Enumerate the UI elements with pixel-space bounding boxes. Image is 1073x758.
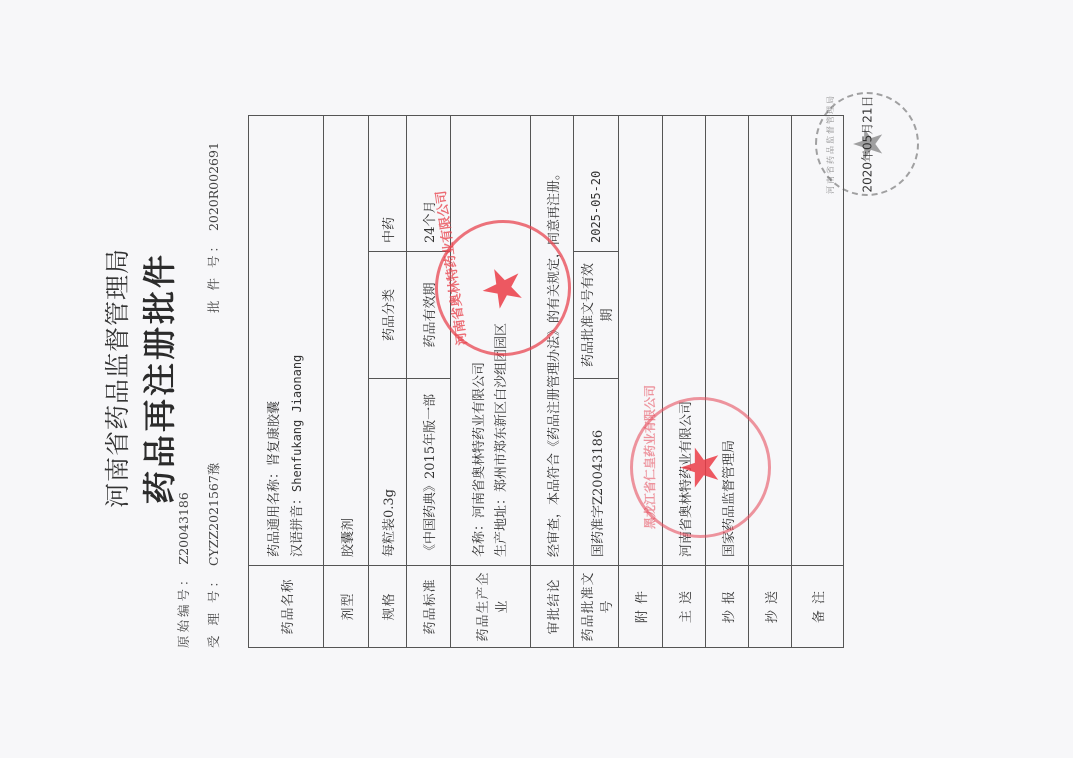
row-cc: 抄 送: [749, 116, 792, 648]
original-number: 原始编号：Z20043186: [174, 492, 192, 648]
approval-expiry-label: 药品批准文号有效期: [574, 252, 619, 379]
spec-label: 规格: [369, 566, 407, 648]
manufacturer-label: 药品生产企业: [451, 566, 531, 648]
row-attachment: 附 件: [619, 116, 663, 648]
remarks-label: 备 注: [792, 566, 844, 648]
dosage-form-label: 剂型: [324, 566, 369, 648]
spec-value: 每粒装0.3g: [369, 379, 407, 566]
category-label: 药品分类: [369, 252, 407, 379]
row-approval-doc: 药品批准文号 国药准字Z20043186 药品批准文号有效期 2025-05-2…: [574, 116, 619, 648]
gov-seal-text: 河南省药品监督管理局: [825, 94, 836, 194]
approval-expiry-value: 2025-05-20: [574, 116, 619, 252]
drug-name-cell: 药品通用名称：肾复康胶囊 汉语拼音：Shenfukang Jiaonang: [249, 116, 324, 566]
standard-label: 药品标准: [407, 566, 451, 648]
approval-number: 批 件 号：2020R002691: [204, 142, 222, 313]
cc-label: 抄 送: [749, 566, 792, 648]
generic-name-value: 肾复康胶囊: [267, 401, 282, 466]
second-seal-text: 黑龙江省仁皇药业有限公司: [641, 385, 658, 529]
original-number-value: Z20043186: [176, 492, 191, 564]
manufacturer-name-label: 名称：: [472, 518, 487, 557]
government-seal: ★ 河南省药品监督管理局 2020年05月21日: [815, 92, 919, 196]
acceptance-number-value: CYZZ2021567豫: [206, 463, 221, 566]
row-conclusion: 审批结论 经审查，本品符合《药品注册管理办法》的有关规定，同意再注册。: [531, 116, 574, 648]
seal-star-icon: ★: [474, 261, 532, 314]
row-manufacturer: 药品生产企业 名称：河南省奥林特药业有限公司 生产地址：郑州市郑东新区白沙组团园…: [451, 116, 531, 648]
second-company-seal: ★ 黑龙江省仁皇药业有限公司: [630, 397, 771, 538]
rotated-document-page: 河南省药品监督管理局 药品再注册批件 原始编号：Z20043186 受 理 号：…: [90, 108, 850, 648]
issuing-agency: 河南省药品监督管理局: [98, 108, 134, 648]
approval-number-value: 2020R002691: [206, 142, 221, 231]
row-dosage-form: 剂型 胶囊剂: [324, 116, 369, 648]
row-drug-name: 药品名称 药品通用名称：肾复康胶囊 汉语拼音：Shenfukang Jiaona…: [249, 116, 324, 648]
dosage-form-value: 胶囊剂: [324, 116, 369, 566]
registration-form-table: 药品名称 药品通用名称：肾复康胶囊 汉语拼音：Shenfukang Jiaona…: [248, 115, 844, 648]
approval-doc-value: 国药准字Z20043186: [574, 379, 619, 566]
standard-value: 《中国药典》2015年版一部: [407, 379, 451, 566]
acceptance-number-label: 受 理 号：: [206, 572, 221, 648]
generic-name-label: 药品通用名称：: [267, 466, 282, 557]
pinyin-label: 汉语拼音：: [290, 492, 305, 557]
pinyin-value: Shenfukang Jiaonang: [290, 355, 304, 492]
manufacturer-name-value: 河南省奥林特药业有限公司: [472, 362, 487, 518]
report-to-label: 抄 报: [706, 566, 749, 648]
approval-doc-label: 药品批准文号: [574, 566, 619, 648]
manufacturer-address-label: 生产地址：: [494, 492, 509, 557]
main-recipient-label: 主 送: [663, 566, 706, 648]
original-number-label: 原始编号：: [176, 570, 191, 648]
gov-seal-date: 2020年05月21日: [859, 95, 876, 192]
conclusion-label: 审批结论: [531, 566, 574, 648]
category-value: 中药: [369, 116, 407, 252]
row-report-to: 抄 报 国家药品监督管理局: [706, 116, 749, 648]
row-main-recipient: 主 送 河南省奥林特药业有限公司: [663, 116, 706, 648]
acceptance-number: 受 理 号：CYZZ2021567豫: [204, 463, 222, 648]
row-remarks: 备 注: [792, 116, 844, 648]
drug-name-label: 药品名称: [249, 566, 324, 648]
approval-number-label: 批 件 号：: [206, 237, 221, 313]
seal-star-icon: ★: [675, 444, 727, 491]
attachment-label: 附 件: [619, 566, 663, 648]
row-spec: 规格 每粒装0.3g 药品分类 中药: [369, 116, 407, 648]
